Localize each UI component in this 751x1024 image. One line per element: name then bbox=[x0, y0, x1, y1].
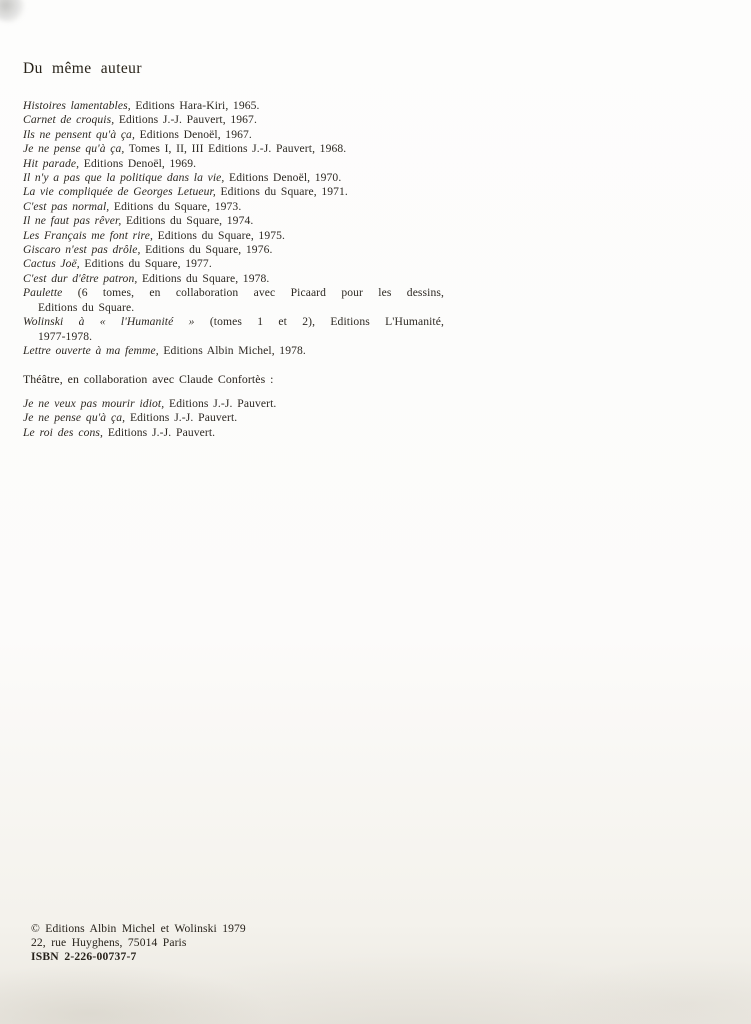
book-entry-line: Paulette (6 tomes, en collaboration avec… bbox=[23, 286, 444, 300]
book-title: Wolinski à « l'Humanité » bbox=[23, 315, 195, 328]
play-edition: Editions J.-J. Pauvert. bbox=[108, 426, 215, 439]
book-edition: (tomes 1 et 2), Editions L'Humanité, bbox=[210, 315, 444, 328]
book-entry: Carnet de croquis, Editions J.-J. Pauver… bbox=[23, 113, 444, 127]
scanned-book-page: Du même auteur Histoires lamentables, Ed… bbox=[0, 0, 751, 1024]
book-entry: Je ne pense qu'à ça, Tomes I, II, III Ed… bbox=[23, 142, 444, 156]
book-entry: Giscaro n'est pas drôle, Editions du Squ… bbox=[23, 243, 444, 257]
copyright-line: © Editions Albin Michel et Wolinski 1979 bbox=[31, 922, 246, 936]
book-title: Paulette bbox=[23, 286, 62, 299]
book-edition: Editions du Square, 1971. bbox=[220, 185, 347, 198]
book-edition: (6 tomes, en collaboration avec Picaard … bbox=[78, 286, 444, 299]
book-edition: Editions Albin Michel, 1978. bbox=[163, 344, 306, 357]
book-entry: Paulette (6 tomes, en collaboration avec… bbox=[23, 286, 444, 315]
book-edition: Editions Hara-Kiri, 1965. bbox=[135, 99, 259, 112]
book-entry: C'est dur d'être patron, Editions du Squ… bbox=[23, 272, 444, 286]
book-entry: Les Français me font rire, Editions du S… bbox=[23, 229, 444, 243]
book-title: C'est dur d'être patron, bbox=[23, 272, 137, 285]
book-edition: Editions Denoël, 1967. bbox=[140, 128, 252, 141]
book-edition: Editions du Square, 1975. bbox=[158, 229, 285, 242]
book-title: Je ne pense qu'à ça, bbox=[23, 142, 124, 155]
book-title: Il ne faut pas rêver, bbox=[23, 214, 121, 227]
book-edition: Editions Denoël, 1970. bbox=[229, 171, 341, 184]
book-edition: Tomes I, II, III Editions J.-J. Pauvert,… bbox=[129, 142, 347, 155]
isbn-line: ISBN 2-226-00737-7 bbox=[31, 950, 246, 964]
book-title: Histoires lamentables, bbox=[23, 99, 131, 112]
book-title: Carnet de croquis, bbox=[23, 113, 114, 126]
colophon: © Editions Albin Michel et Wolinski 1979… bbox=[31, 922, 246, 963]
book-entry: Ils ne pensent qu'à ça, Editions Denoël,… bbox=[23, 128, 444, 142]
page-title: Du même auteur bbox=[23, 60, 142, 78]
book-edition: Editions du Square, 1974. bbox=[126, 214, 253, 227]
book-entry: Hit parade, Editions Denoël, 1969. bbox=[23, 157, 444, 171]
book-title: Il n'y a pas que la politique dans la vi… bbox=[23, 171, 224, 184]
book-title: Cactus Joë, bbox=[23, 257, 80, 270]
book-title: Giscaro n'est pas drôle, bbox=[23, 243, 140, 256]
book-edition: Editions Denoël, 1969. bbox=[84, 157, 196, 170]
book-entry: Histoires lamentables, Editions Hara-Kir… bbox=[23, 99, 444, 113]
book-entry: C'est pas normal, Editions du Square, 19… bbox=[23, 200, 444, 214]
address-line: 22, rue Huyghens, 75014 Paris bbox=[31, 936, 246, 950]
book-edition: Editions du Square, 1976. bbox=[145, 243, 272, 256]
play-edition: Editions J.-J. Pauvert. bbox=[130, 411, 237, 424]
book-entry: Il n'y a pas que la politique dans la vi… bbox=[23, 171, 444, 185]
theatre-entry: Je ne veux pas mourir idiot, Editions J.… bbox=[23, 397, 444, 411]
theatre-list: Je ne veux pas mourir idiot, Editions J.… bbox=[23, 397, 444, 440]
book-entry: Il ne faut pas rêver, Editions du Square… bbox=[23, 214, 444, 228]
book-entry-continuation: Editions du Square. bbox=[23, 301, 444, 315]
theatre-entry: Je ne pense qu'à ça, Editions J.-J. Pauv… bbox=[23, 411, 444, 425]
book-edition: Editions du Square, 1977. bbox=[84, 257, 211, 270]
book-title: Hit parade, bbox=[23, 157, 79, 170]
book-edition: Editions J.-J. Pauvert, 1967. bbox=[119, 113, 257, 126]
book-title: Lettre ouverte à ma femme, bbox=[23, 344, 159, 357]
play-edition: Editions J.-J. Pauvert. bbox=[169, 397, 276, 410]
book-entry: Cactus Joë, Editions du Square, 1977. bbox=[23, 257, 444, 271]
book-title: Ils ne pensent qu'à ça, bbox=[23, 128, 135, 141]
book-edition: Editions du Square, 1978. bbox=[142, 272, 269, 285]
book-title: La vie compliquée de Georges Letueur, bbox=[23, 185, 216, 198]
bibliography-list: Histoires lamentables, Editions Hara-Kir… bbox=[23, 99, 444, 358]
book-entry: Wolinski à « l'Humanité » (tomes 1 et 2)… bbox=[23, 315, 444, 344]
book-title: Les Français me font rire, bbox=[23, 229, 153, 242]
book-entry-line: Wolinski à « l'Humanité » (tomes 1 et 2)… bbox=[23, 315, 444, 329]
book-entry-continuation: 1977-1978. bbox=[23, 330, 444, 344]
play-title: Je ne veux pas mourir idiot, bbox=[23, 397, 164, 410]
theatre-entry: Le roi des cons, Editions J.-J. Pauvert. bbox=[23, 426, 444, 440]
book-title: C'est pas normal, bbox=[23, 200, 109, 213]
play-title: Le roi des cons, bbox=[23, 426, 103, 439]
book-entry: La vie compliquée de Georges Letueur, Ed… bbox=[23, 185, 444, 199]
scan-smudge bbox=[0, 0, 26, 22]
play-title: Je ne pense qu'à ça, bbox=[23, 411, 125, 424]
theatre-section-header: Théâtre, en collaboration avec Claude Co… bbox=[23, 372, 274, 387]
book-entry: Lettre ouverte à ma femme, Editions Albi… bbox=[23, 344, 444, 358]
book-edition: Editions du Square, 1973. bbox=[114, 200, 241, 213]
